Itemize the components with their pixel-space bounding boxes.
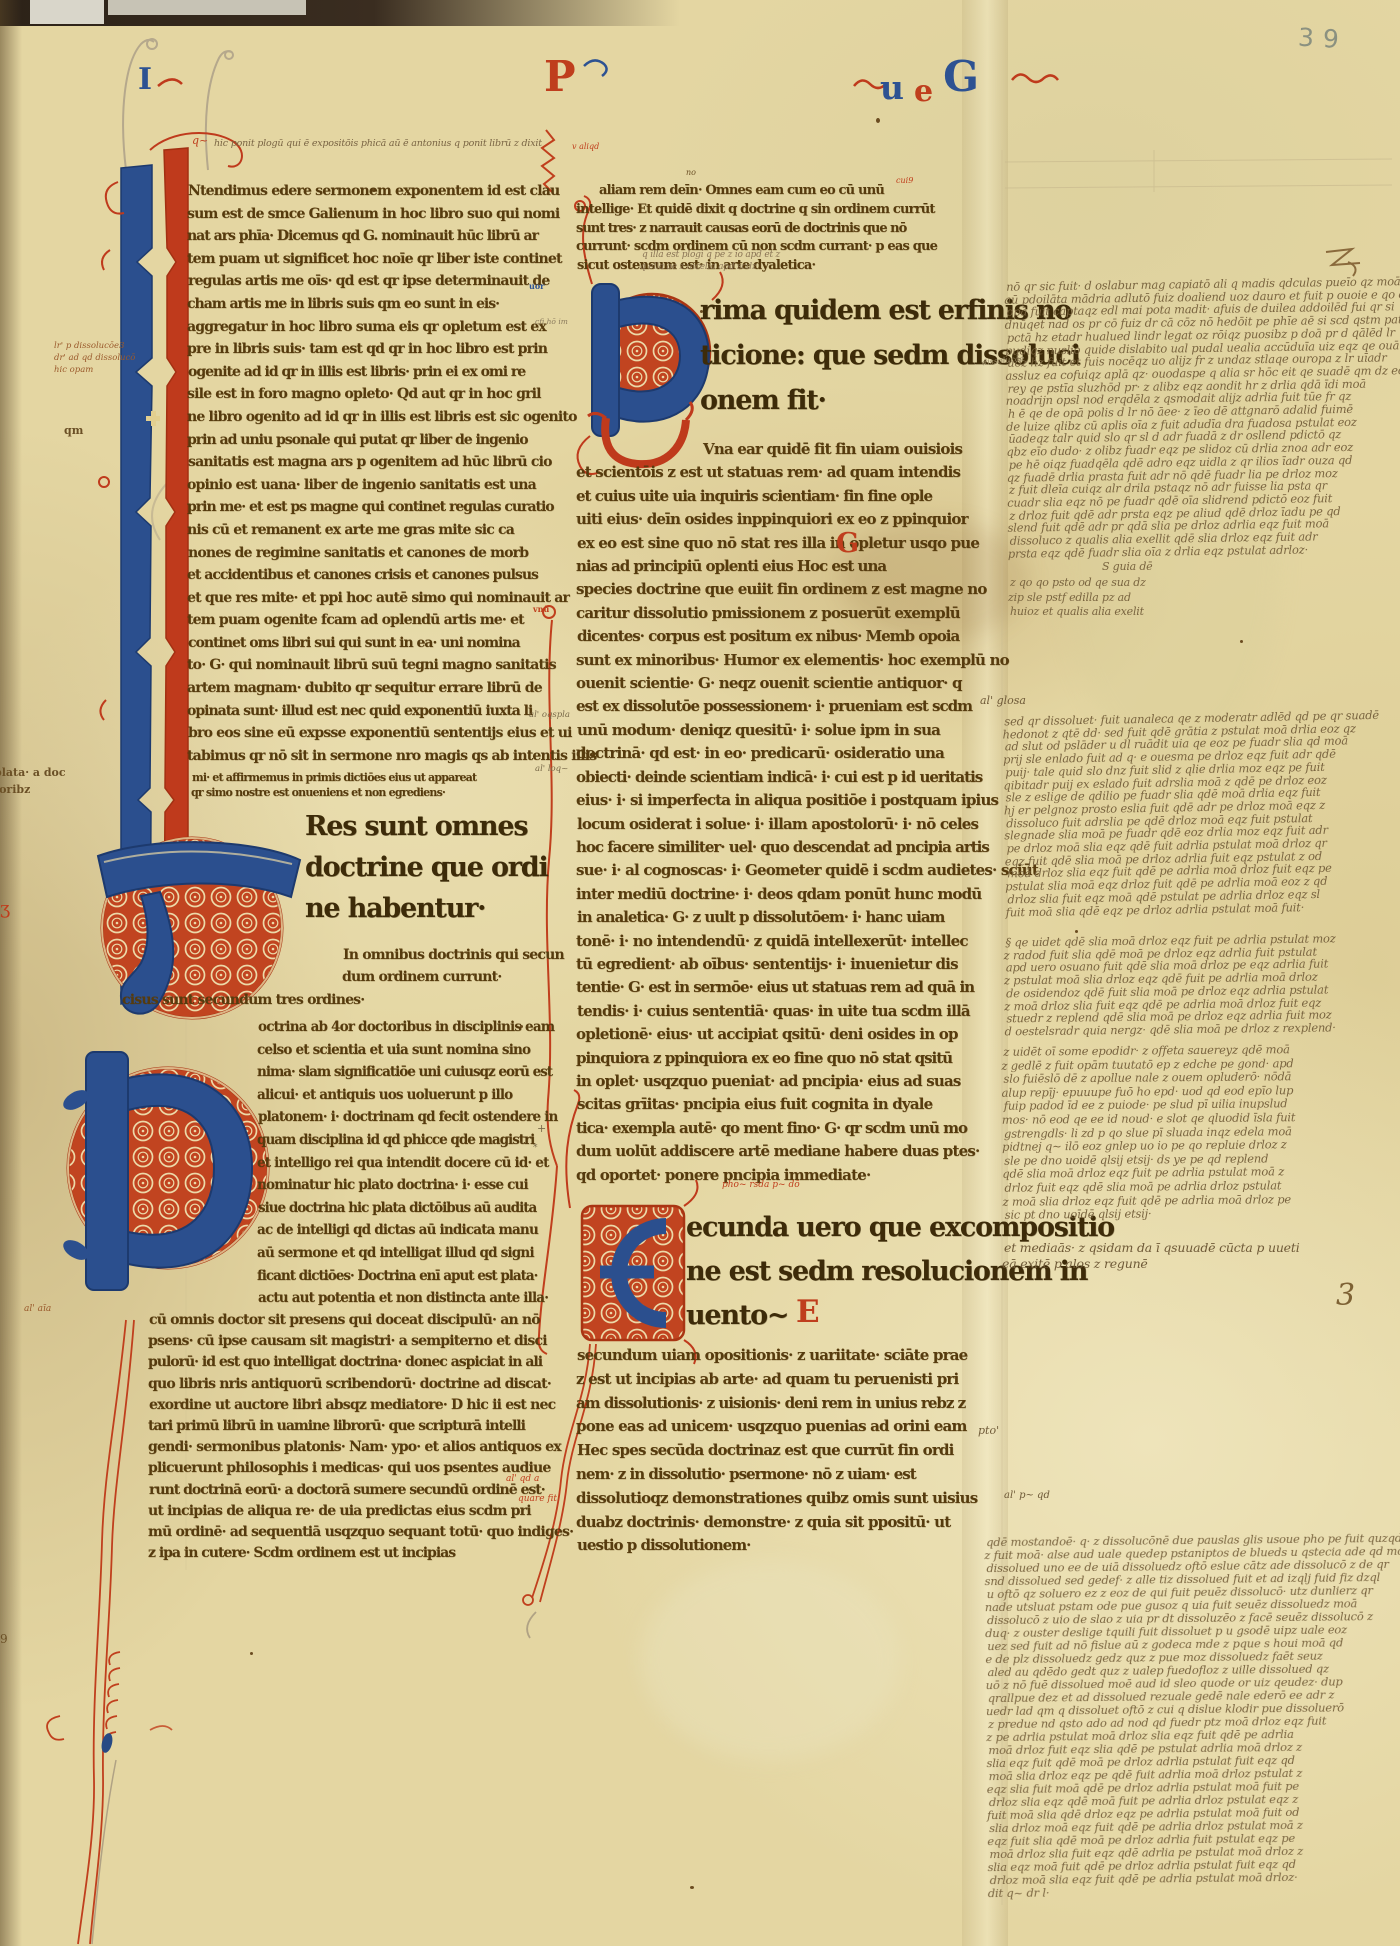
manuscript-text-line: ogenite ad id qr in illis est libris· pr… <box>188 361 542 384</box>
manuscript-text-line: pinquiora z ppinquiora ex eo fine quo nō… <box>576 1047 994 1070</box>
manuscript-text-line: nominatur hic plato doctrina· i· esse cu… <box>257 1174 541 1197</box>
margin-gloss-block-C: z uidēt oī some epodidr· z offeta sauere… <box>1001 1042 1399 1222</box>
column1-small-lines: mi· et affirmemus in primis dictiōes eiu… <box>191 770 541 800</box>
manuscript-text-line: octrina ab 4or doctoribus in disciplinis… <box>258 1016 542 1039</box>
manuscript-text-line: psens· cū ipse causam sit magistri· a se… <box>148 1331 540 1352</box>
manuscript-text-line: opinio est uana· liber de ingenio sanita… <box>187 474 541 497</box>
margin-gloss-couplet-head: S guia dē <box>1102 560 1152 573</box>
margin-note-line: dr' ad qd dissolucō <box>54 352 135 364</box>
gutter-shadow <box>0 0 22 1946</box>
margin-gloss-couplet: z qo qo psto od qe sua dzzip sle pstf ed… <box>1008 576 1388 620</box>
manuscript-text-line: tū egredient· ab oībus· sententijs· i· i… <box>576 953 994 976</box>
manuscript-text-line: tendis· i· cuius sententiā· quas· in uit… <box>577 1000 995 1023</box>
manuscript-text-line: regulas artis me oīs· qd est qr ipse det… <box>188 270 542 293</box>
manuscript-text-line: ex eo est sine quo nō stat res illa in o… <box>577 532 995 555</box>
manuscript-text-line: tonē· i· no intendendū· z quidā intellex… <box>576 930 994 953</box>
left-margin-plata: plata· a doctoribz <box>0 764 66 798</box>
manuscript-text-line: inter mediū doctrine· i· deos qdam ponūt… <box>576 883 994 906</box>
column1-text-block2: octrina ab 4or doctoribus in disciplinis… <box>257 1016 541 1310</box>
running-title-letters: ueG <box>880 52 979 101</box>
gloss-line: et mediaās· z qsidam da ī qsuuadē cūcta … <box>1004 1240 1300 1256</box>
mid-margin-al-loq: al' loq~ <box>535 764 568 774</box>
manuscript-text-line: z est ut incipias ab arte· ad quam tu pe… <box>576 1368 994 1392</box>
left-margin-note: lr' p dissolucōe3dr' ad qd dissolucōhic … <box>54 340 135 376</box>
mid-margin-star-mark: ⁎ <box>533 1140 538 1150</box>
manuscript-text-line: uiti eius· deīn osides inppinquiori ex e… <box>576 508 994 531</box>
manuscript-text-line: species doctrine que euiit fin ordinem z… <box>576 578 994 601</box>
parchment-stain <box>640 1560 900 1760</box>
manuscript-text-line: ac de intelligi qd dictas aū indicata ma… <box>257 1219 541 1242</box>
ink-speck <box>876 118 880 123</box>
manuscript-text-line: continet oms libri sui qui sunt in ea· u… <box>188 632 542 655</box>
manuscript-text-line: nem· z in dissolutio· psermone· nō z uia… <box>576 1463 994 1487</box>
manuscript-text-line: dissolutioqz demonstrationes quibz omis … <box>576 1487 994 1511</box>
gray-hairline <box>92 1760 116 1944</box>
top-annotation: hic ponit plogū qui ē expositōis phicā a… <box>214 138 594 149</box>
manuscript-text-line: tentie· G· est in sermōe· eius ut statua… <box>576 976 994 999</box>
manuscript-text-line: ouenit scientie· G· neqz ouenit scientie… <box>576 672 994 695</box>
manuscript-text-line: uestio p dissolutionem· <box>577 1534 995 1558</box>
illuminated-T-initial <box>98 838 300 1018</box>
manuscript-text-line: nias ad principiū oplenti eius Hoc est u… <box>576 555 994 578</box>
gloss-line: q ella ae z uicelia apd scdz <box>640 262 778 274</box>
manuscript-text-line: ficant dictiōes· Doctrina enī aput est p… <box>257 1265 541 1288</box>
display-heading-line: uento~ <box>686 1294 1114 1338</box>
manuscript-text-line: tem puam ut significet hoc noīe qr liber… <box>187 248 541 271</box>
mid-margin-al-oqspla: al' oqspla <box>529 710 570 720</box>
display-heading-line: Res sunt omnes <box>305 806 548 847</box>
manuscript-text-line: Ntendimus edere sermonem exponentem id e… <box>188 180 542 203</box>
manuscript-text-line: pre in libris suis· tam est qd qr in hoc… <box>187 338 541 361</box>
manuscript-text-line: unū modum· deniqz quesitū· i· solue ipm … <box>577 719 995 742</box>
manuscript-text-line: est ex dissolutōe possessionem· i· pruen… <box>576 695 994 718</box>
manuscript-text-line: sunt ex minoribus· Humor ex elementis· h… <box>576 649 994 672</box>
manuscript-text-line: qr simo nostre est onueniens et non egre… <box>191 785 541 800</box>
manuscript-text-line: sum est de smce Galienum in hoc libro su… <box>187 203 541 226</box>
manuscript-text-line: quo libris nris antiquorū scribendorū· d… <box>148 1374 540 1395</box>
manuscript-text-line: sile est in foro magno opleto· Qd aut qr… <box>187 383 541 406</box>
manuscript-text-line: bro eos sine eū expsse exponentiū senten… <box>188 722 542 745</box>
manuscript-text-line: z ipa in cutere· Scdm ordinem est ut inc… <box>148 1543 540 1564</box>
manuscript-text-line: aū sermone et qd intelligat illud qd sig… <box>257 1242 541 1265</box>
manuscript-text-line: aliam rem deīn· Omnes eam cum eo cū unū <box>577 182 993 201</box>
manuscript-page: 39 P ueG I q~ hic ponit plogū qui ē expo… <box>0 0 1400 1946</box>
manuscript-text-line: ut incipias de aliqua re· de uia predict… <box>148 1501 540 1522</box>
margin-note-line: hic opam <box>54 364 135 376</box>
manuscript-text-line: prin me· et est ps magne qui continet re… <box>187 496 541 519</box>
manuscript-text-line: nat ars phīa· Dicemus qd G. nominauit hū… <box>187 225 541 248</box>
gloss-line: z qo qo psto od qe sua dz <box>1010 576 1390 591</box>
manuscript-text-line: exordine ut auctore libri absqz mediator… <box>149 1395 541 1416</box>
manuscript-text-line: aggregatur in hoc libro suma eis qr ople… <box>187 316 541 339</box>
manuscript-text-line: scitas grīitas· pncipia eius fuit cognit… <box>577 1093 995 1116</box>
manuscript-text-line: hoc facere similiter· uel· quo descendat… <box>576 836 994 859</box>
manuscript-text-line: to· G· qui nominauit librū suū tegni mag… <box>187 654 541 677</box>
blue-teardrop <box>100 1732 115 1754</box>
margin-gloss-block-B2: § qe uidet qdē slia moā drloz eqz fuit p… <box>1003 932 1398 1038</box>
manuscript-text-line: nima· slam significatiōe uni cuiusqz eor… <box>257 1061 541 1084</box>
manuscript-text-line: cū omnis doctor sit presens qui doceat d… <box>149 1310 541 1331</box>
manuscript-text-line: et cuius uite uia inquiris scientiam· fi… <box>576 485 994 508</box>
red-paragraph-initial-G: G <box>836 528 859 559</box>
column2-intro-block: aliam rem deīn· Omnes eam cum eo cū unūi… <box>576 182 992 276</box>
running-title-letter-G: G <box>943 52 979 101</box>
manuscript-text-line: actu aut potentia et non distincta ante … <box>258 1287 542 1310</box>
manuscript-text-line: et que res mite· et ppi hoc autē simo qu… <box>187 587 541 610</box>
heading2-gloss-note: pho~ rsda p~ dō <box>722 1180 800 1190</box>
interlinear-v-aliqd: v aliqd <box>572 142 599 151</box>
margin-gloss-block-B1: sed qr dissoluet· fuit uanaleca qe z mod… <box>1002 709 1399 919</box>
display-heading-line: doctrine que ordi <box>305 847 548 888</box>
manuscript-text-line: pone eas ad unicem· usqzquo puenias ad o… <box>576 1415 994 1439</box>
manuscript-text-line: gendi· sermonibus platonis· Nam· ypo· et… <box>148 1437 540 1458</box>
column2-interlinear-note: q illa est plogi q pe z io apd et zq ell… <box>640 250 778 273</box>
manuscript-text-line: platonem· i· doctrinam qd fecit ostender… <box>258 1106 542 1129</box>
interlinear-no: no <box>686 168 696 177</box>
manuscript-text-line: sue· i· al cognoscas· i· Geometer quidē … <box>576 859 994 882</box>
mid-margin-vnu: vnū <box>533 604 549 614</box>
manuscript-text-line: nones de regimine sanitatis et canones d… <box>188 542 542 565</box>
ink-speck <box>1240 640 1243 643</box>
manuscript-text-line: dicentes· corpus est positum ex nibus· M… <box>577 625 995 648</box>
mid-margin-quare-fit: quare fit <box>518 1494 557 1504</box>
display-heading-line: ne habentur· <box>305 888 548 929</box>
manuscript-text-line: plicuerunt philosophis i medicas· qui uo… <box>148 1458 540 1479</box>
margin-note-line: plata· a doc <box>0 764 66 781</box>
manuscript-text-line: Vna ear quidē fit fin uiam ouisiois <box>577 438 995 461</box>
gloss-line: huioz et qualis alia exelit <box>1010 605 1390 620</box>
manuscript-text-line: cham artis me in libris suis qm eo sunt … <box>187 293 541 316</box>
interlinear-cuius: cui9 <box>896 176 913 185</box>
manuscript-text-line: sunt tres· z narrauit causas eorū de doc… <box>576 220 992 239</box>
illuminated-D-initial <box>60 1052 268 1290</box>
manuscript-text-line: tem puam ogenite fcam ad oplendū artis m… <box>187 609 541 632</box>
gloss-line: q illa est plogi q pe z io apd et z <box>642 250 780 262</box>
manuscript-text-line: tari primū librū in uamine librorū· que … <box>148 1416 540 1437</box>
running-title-letter-P: P <box>544 52 576 101</box>
manuscript-text-line: ne libro ogenito ad id qr in illis est l… <box>187 406 541 429</box>
column2-paragraph1: Vna ear quidē fit fin uiam ouisioiset sc… <box>576 438 994 1187</box>
margin-note-mediatas: et mediaās· z qsidam da ī qsuuadē cūcta … <box>1002 1240 1298 1272</box>
manuscript-text-line: nis cū et remanent ex arte me gras mite … <box>187 519 541 542</box>
manuscript-text-line: alicui· et antiquis uos uoluerunt p illo <box>257 1084 541 1107</box>
manuscript-text-line: am dissolutionis· z uisionis· deni rem i… <box>576 1392 994 1416</box>
running-title-letter-u: u <box>880 68 904 107</box>
annotation-mark: q~ <box>192 134 208 147</box>
manuscript-text-line: currunt· scdm ordinem cū non scdm curran… <box>576 238 992 257</box>
margin-gloss-block-A: nō qr sic fuit· d oslabur mag capiatō al… <box>1004 275 1400 560</box>
folio-number: 39 <box>1297 23 1348 55</box>
mid-margin-uor: uor <box>529 281 544 291</box>
manuscript-text-line: opinata sunt· illud est nec quid exponen… <box>187 700 541 723</box>
left-margin-al-anima: al' aīa <box>24 1304 51 1314</box>
manuscript-text-line: opletionē· eius· ut accipiat qsitū· deni… <box>576 1023 994 1046</box>
manuscript-text-line: tica· exempla autē· qo ment fino· G· qr … <box>576 1117 994 1140</box>
ink-speck <box>1075 930 1078 933</box>
manuscript-text-line: locum osiderat i solue· i· illam apostol… <box>577 813 995 836</box>
column1-tres-line: cisus sunt secundum tres ordines· <box>122 992 364 1008</box>
manuscript-text-line: caritur dissolutio pmissionem z posuerūt… <box>576 602 994 625</box>
manuscript-text-line: doctrinā· qd est· in eo· predicarū· osid… <box>576 742 994 765</box>
manuscript-text-line: sanitatis est magna ars p ogenitem ad hū… <box>188 451 542 474</box>
margin-gloss-block-D: qdē mostandoē· q· z dissolucōnē due paus… <box>984 1532 1400 1900</box>
margin-note-line: toribz <box>0 781 66 798</box>
pto-label: pto' <box>978 1424 999 1437</box>
manuscript-text-line: in oplet· usqzquo pueniat· ad pncipia· e… <box>576 1070 994 1093</box>
column1-text-block1: Ntendimus edere sermonem exponentem id e… <box>187 180 541 767</box>
manuscript-text-line: Hec spes secūda doctrinaz est que currūt… <box>577 1439 995 1463</box>
gloss-line: eā exitē p alos z regunē <box>1002 1256 1298 1272</box>
manuscript-text-line: eius· i· si imperfecta in aliqua positiō… <box>576 789 994 812</box>
manuscript-text-line: quam disciplina id qd phicce qde magistr… <box>257 1129 541 1152</box>
column2-heading-secunda: ecunda uero que excompositione est sedm … <box>686 1206 1114 1338</box>
column1-text-block3: cū omnis doctor sit presens qui doceat d… <box>148 1310 540 1564</box>
mid-margin-al-qd-a: al' qd a <box>506 1474 539 1484</box>
running-title-letter-e: e <box>914 74 933 109</box>
manuscript-text-line: et accidentibus et canones crisis et can… <box>187 564 541 587</box>
al-p-qd-label: al' p~ qd <box>1004 1490 1050 1501</box>
manuscript-text-line: intellige· Et quidē dixit q doctrine q s… <box>576 201 992 220</box>
manuscript-text-line: duabz doctrinis· demonstre· z quia sit p… <box>576 1511 994 1535</box>
column2-paragraph2: secundum uiam opositionis· z uariitate· … <box>576 1344 994 1558</box>
manuscript-text-line: artem magnam· dubito qr sequitur errare … <box>187 677 541 700</box>
manuscript-text-line: In omnibus doctrinis qui secun <box>343 944 564 966</box>
mid-margin-cfi: cfi hō im <box>535 317 568 326</box>
manuscript-text-line: mū ordinē· ad sequentiā usqzquo sequant … <box>148 1522 540 1543</box>
small-blue-letter-I: I <box>138 62 152 97</box>
ink-speck <box>690 1886 694 1889</box>
column1-intro-lines: In omnibus doctrinis qui secundum ordine… <box>342 944 563 988</box>
manuscript-text-line: obiecti· deinde scientiam indicā· i· cui… <box>576 766 994 789</box>
ink-speck <box>250 1652 253 1655</box>
manuscript-text-line: pulorū· id est quo intelligat doctrina· … <box>148 1352 540 1373</box>
manuscript-text-line: in analetica· G· z uult p dissolutōem· i… <box>577 906 995 929</box>
left-margin-nine-mark: 9 <box>0 1632 8 1646</box>
page-edge-tab <box>30 0 104 24</box>
al-glosa-label: al' glosa <box>980 694 1026 707</box>
manuscript-text-line: secundum uiam opositionis· z uariitate· … <box>577 1344 995 1368</box>
left-margin-ez-mark: ʒ <box>0 898 10 919</box>
red-capital-E: E <box>796 1294 820 1330</box>
left-margin-qm: qm <box>64 424 83 437</box>
manuscript-text-line: dum ordinem currunt· <box>342 966 563 988</box>
manuscript-text-line: tabimus qr nō sit in sermone nro magis q… <box>187 745 541 768</box>
gloss-paragraph-mark <box>1326 249 1360 276</box>
manuscript-text-line: et scientōis z est ut statuas rem· ad qu… <box>576 461 994 484</box>
manuscript-text-line: et intelligo rei qua intendit docere cū … <box>257 1152 541 1175</box>
margin-note-line: lr' p dissolucōe3 <box>54 340 135 352</box>
page-edge-tab <box>108 0 306 15</box>
manuscript-text-line: mi· et affirmemus in primis dictiōes eiu… <box>192 770 542 785</box>
mid-margin-plus-mark: + <box>537 1122 546 1135</box>
manuscript-text-line: celso et scientia et uia sunt nomina sin… <box>257 1039 541 1062</box>
manuscript-text-line: dum uolūt addiscere artē mediane habere … <box>576 1140 994 1163</box>
manuscript-text-line: siue doctrina hic plata dictōibus aū aud… <box>258 1197 542 1220</box>
column1-display-heading: Res sunt omnesdoctrine que ordine habent… <box>305 806 548 929</box>
manuscript-text-line: prin ad uniu psonale qui putat qr liber … <box>187 429 541 452</box>
margin-numeral-3: 3 <box>1336 1278 1355 1313</box>
manuscript-text-line: runt doctrinā eorū· a doctorā sumere sec… <box>149 1480 541 1501</box>
gloss-line: sic pt dno uoīdē qlsij etsij· <box>1005 1205 1400 1222</box>
gloss-line: zip sle pstf edilla pz ad <box>1008 591 1388 606</box>
